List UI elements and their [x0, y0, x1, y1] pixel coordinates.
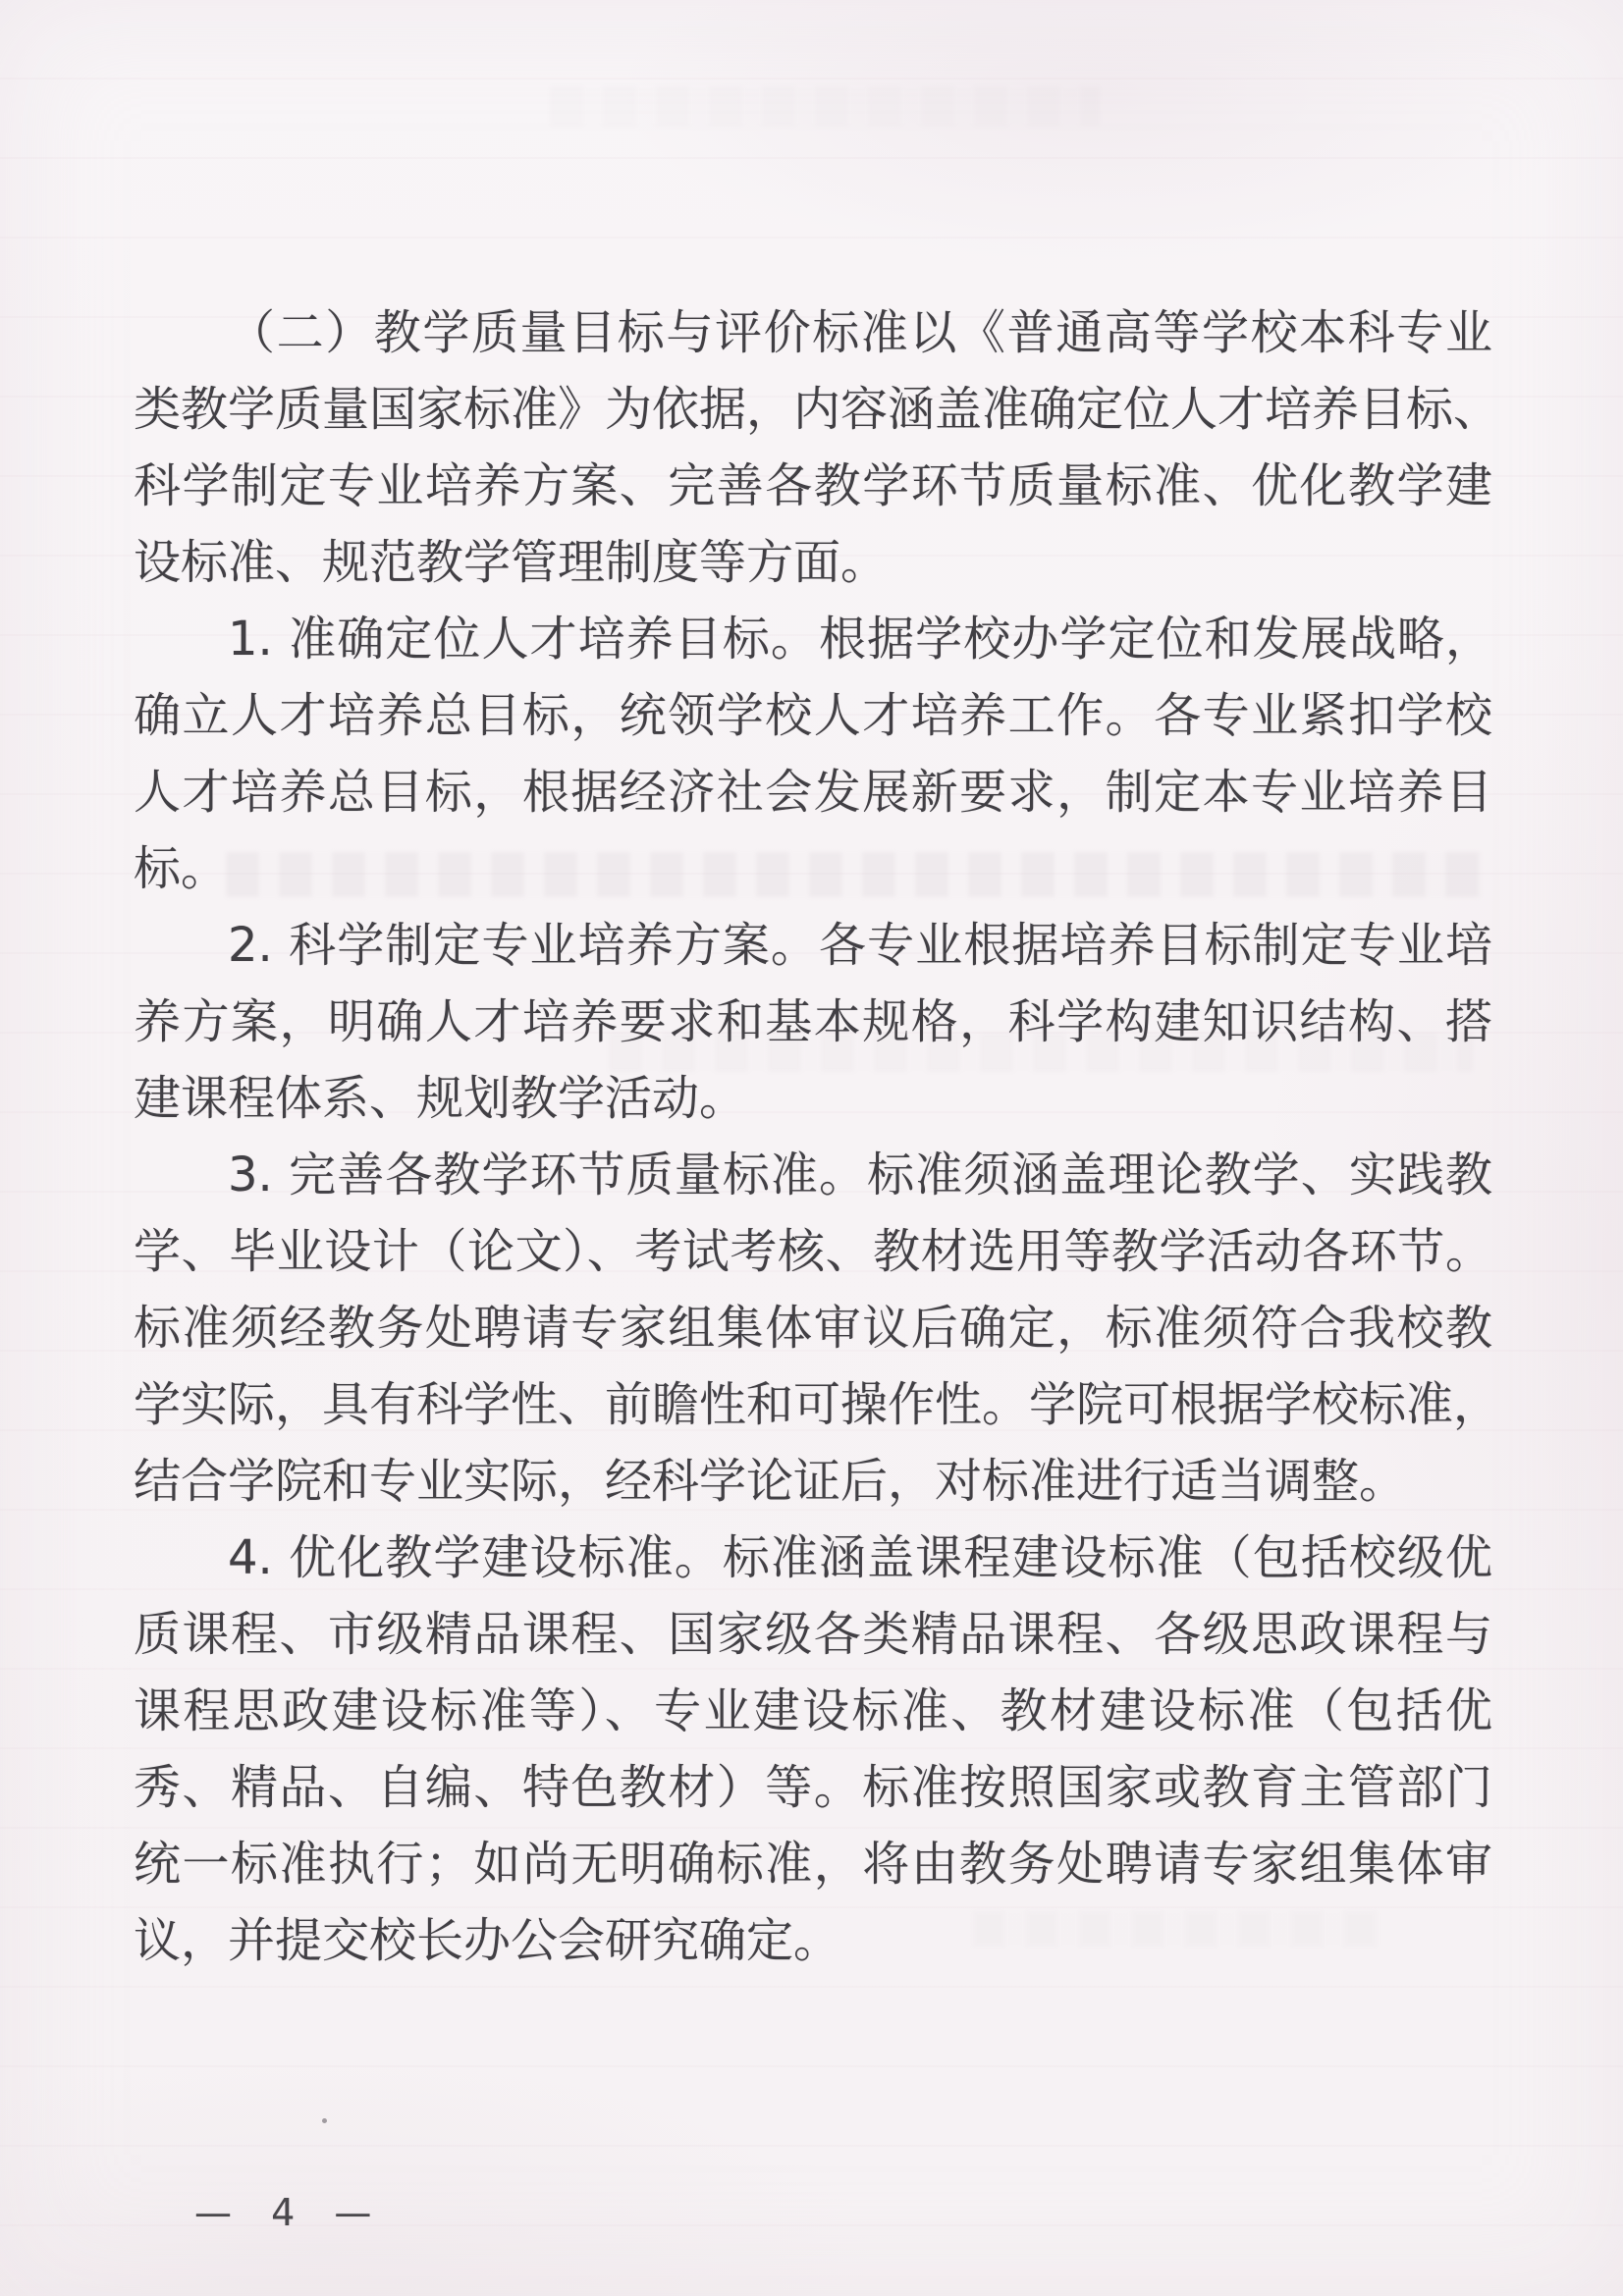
text-line: 标。 [134, 830, 1492, 907]
page-number: — 4 — [194, 2191, 385, 2234]
text-line: 建课程体系、规划教学活动。 [134, 1060, 1492, 1137]
document-page: （二）教学质量目标与评价标准以《普通高等学校本科专业 类教学质量国家标准》为依据… [0, 0, 1623, 2296]
scan-speck-artifact [322, 2118, 327, 2123]
text-block: （二）教学质量目标与评价标准以《普通高等学校本科专业 类教学质量国家标准》为依据… [134, 294, 1492, 1979]
text-line: 养方案，明确人才培养要求和基本规格，科学构建知识结构、搭 [134, 984, 1492, 1060]
bleed-through-artifact [550, 86, 1100, 126]
text-line: 4. 优化教学建设标准。标准涵盖课程建设标准（包括校级优 [134, 1520, 1492, 1596]
text-line: 结合学院和专业实际，经科学论证后，对标准进行适当调整。 [134, 1443, 1492, 1520]
text-line: 统一标准执行；如尚无明确标准，将由教务处聘请专家组集体审 [134, 1826, 1492, 1902]
text-line: （二）教学质量目标与评价标准以《普通高等学校本科专业 [134, 294, 1492, 371]
text-line: 确立人才培养总目标，统领学校人才培养工作。各专业紧扣学校 [134, 677, 1492, 754]
text-line: 课程思政建设标准等）、专业建设标准、教材建设标准（包括优 [134, 1673, 1492, 1749]
text-line: 科学制定专业培养方案、完善各教学环节质量标准、优化教学建 [134, 448, 1492, 524]
text-line: 质课程、市级精品课程、国家级各类精品课程、各级思政课程与 [134, 1596, 1492, 1673]
text-line: 设标准、规范教学管理制度等方面。 [134, 524, 1492, 601]
text-line: 人才培养总目标，根据经济社会发展新要求，制定本专业培养目 [134, 754, 1492, 830]
text-line: 秀、精品、自编、特色教材）等。标准按照国家或教育主管部门 [134, 1749, 1492, 1826]
text-line: 3. 完善各教学环节质量标准。标准须涵盖理论教学、实践教 [134, 1137, 1492, 1213]
text-line: 2. 科学制定专业培养方案。各专业根据培养目标制定专业培 [134, 907, 1492, 984]
text-line: 1. 准确定位人才培养目标。根据学校办学定位和发展战略， [134, 601, 1492, 677]
text-line: 标准须经教务处聘请专家组集体审议后确定，标准须符合我校教 [134, 1290, 1492, 1366]
text-line: 类教学质量国家标准》为依据，内容涵盖准确定位人才培养目标、 [134, 371, 1492, 448]
text-line: 学、毕业设计（论文）、考试考核、教材选用等教学活动各环节。 [134, 1213, 1492, 1290]
text-line: 学实际，具有科学性、前瞻性和可操作性。学院可根据学校标准， [134, 1366, 1492, 1443]
text-line: 议，并提交校长办公会研究确定。 [134, 1902, 1492, 1979]
